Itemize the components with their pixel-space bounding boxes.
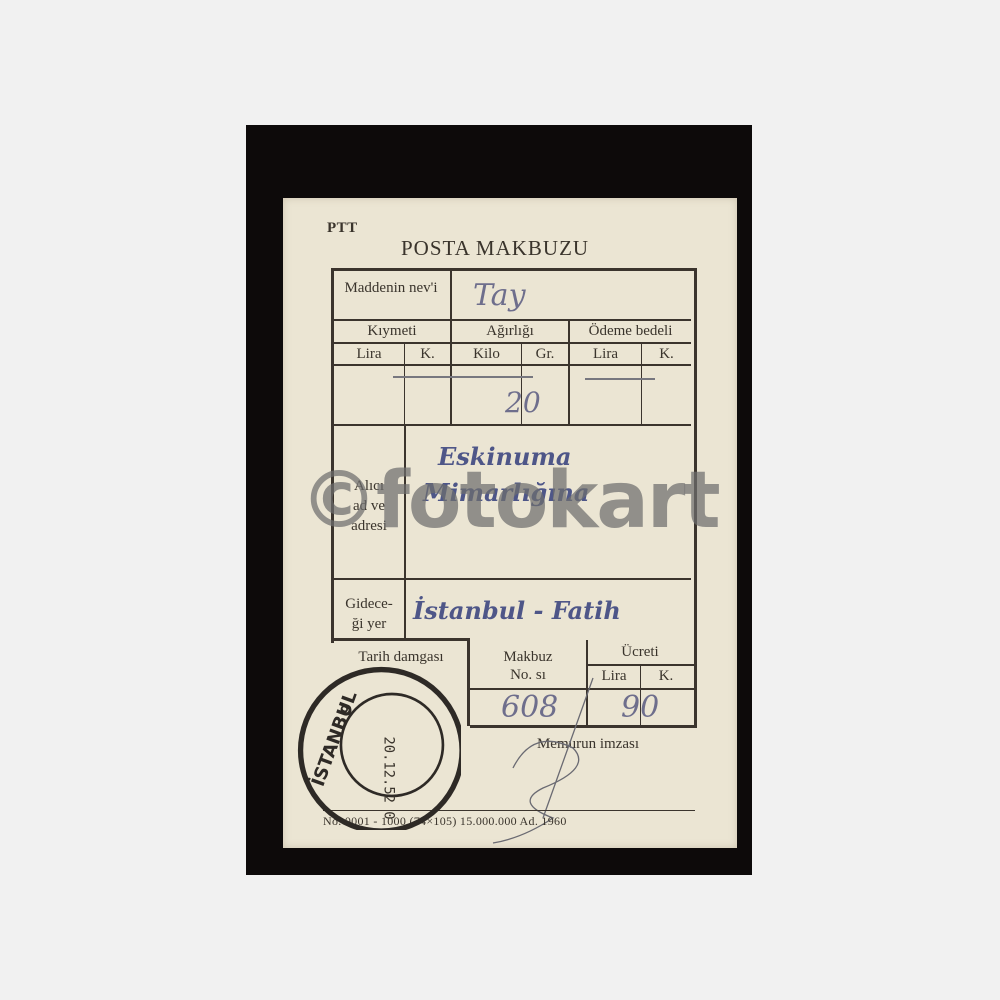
- svg-text:20.12.52 0: 20.12.52 0: [381, 737, 397, 820]
- document-title: POSTA MAKBUZU: [401, 236, 589, 261]
- destination-label-1: Gidece-: [339, 596, 399, 612]
- weight-kilo-header: Kilo: [452, 346, 521, 362]
- value-lira-header: Lira: [334, 346, 404, 362]
- destination-value: İstanbul - Fatih: [413, 596, 621, 625]
- weight-label: Ağırlığı: [452, 323, 568, 339]
- fee-kurus-value: 90: [621, 690, 659, 725]
- ptt-label: PTT: [327, 220, 358, 237]
- fee-kurus-header: K.: [641, 668, 691, 684]
- postmark-stamp: İSTANBUL 20.12.52 0 6: [291, 660, 461, 830]
- payment-lira-header: Lira: [570, 346, 641, 362]
- fee-label: Ücreti: [588, 644, 692, 660]
- value-kurus-header: K.: [405, 346, 450, 362]
- payment-label: Ödeme bedeli: [570, 323, 691, 339]
- item-type-label: Maddenin nev'i: [341, 280, 441, 296]
- value-label: Kıymeti: [334, 323, 450, 339]
- weight-grams-value: 20: [505, 386, 541, 419]
- destination-label-2: ği yer: [339, 616, 399, 632]
- payment-kurus-header: K.: [642, 346, 691, 362]
- receipt-no-label-1: Makbuz: [470, 649, 586, 665]
- weight-gram-header: Gr.: [522, 346, 568, 362]
- watermark-text: ©fotokart: [300, 462, 719, 540]
- item-type-value: Tay: [473, 278, 526, 313]
